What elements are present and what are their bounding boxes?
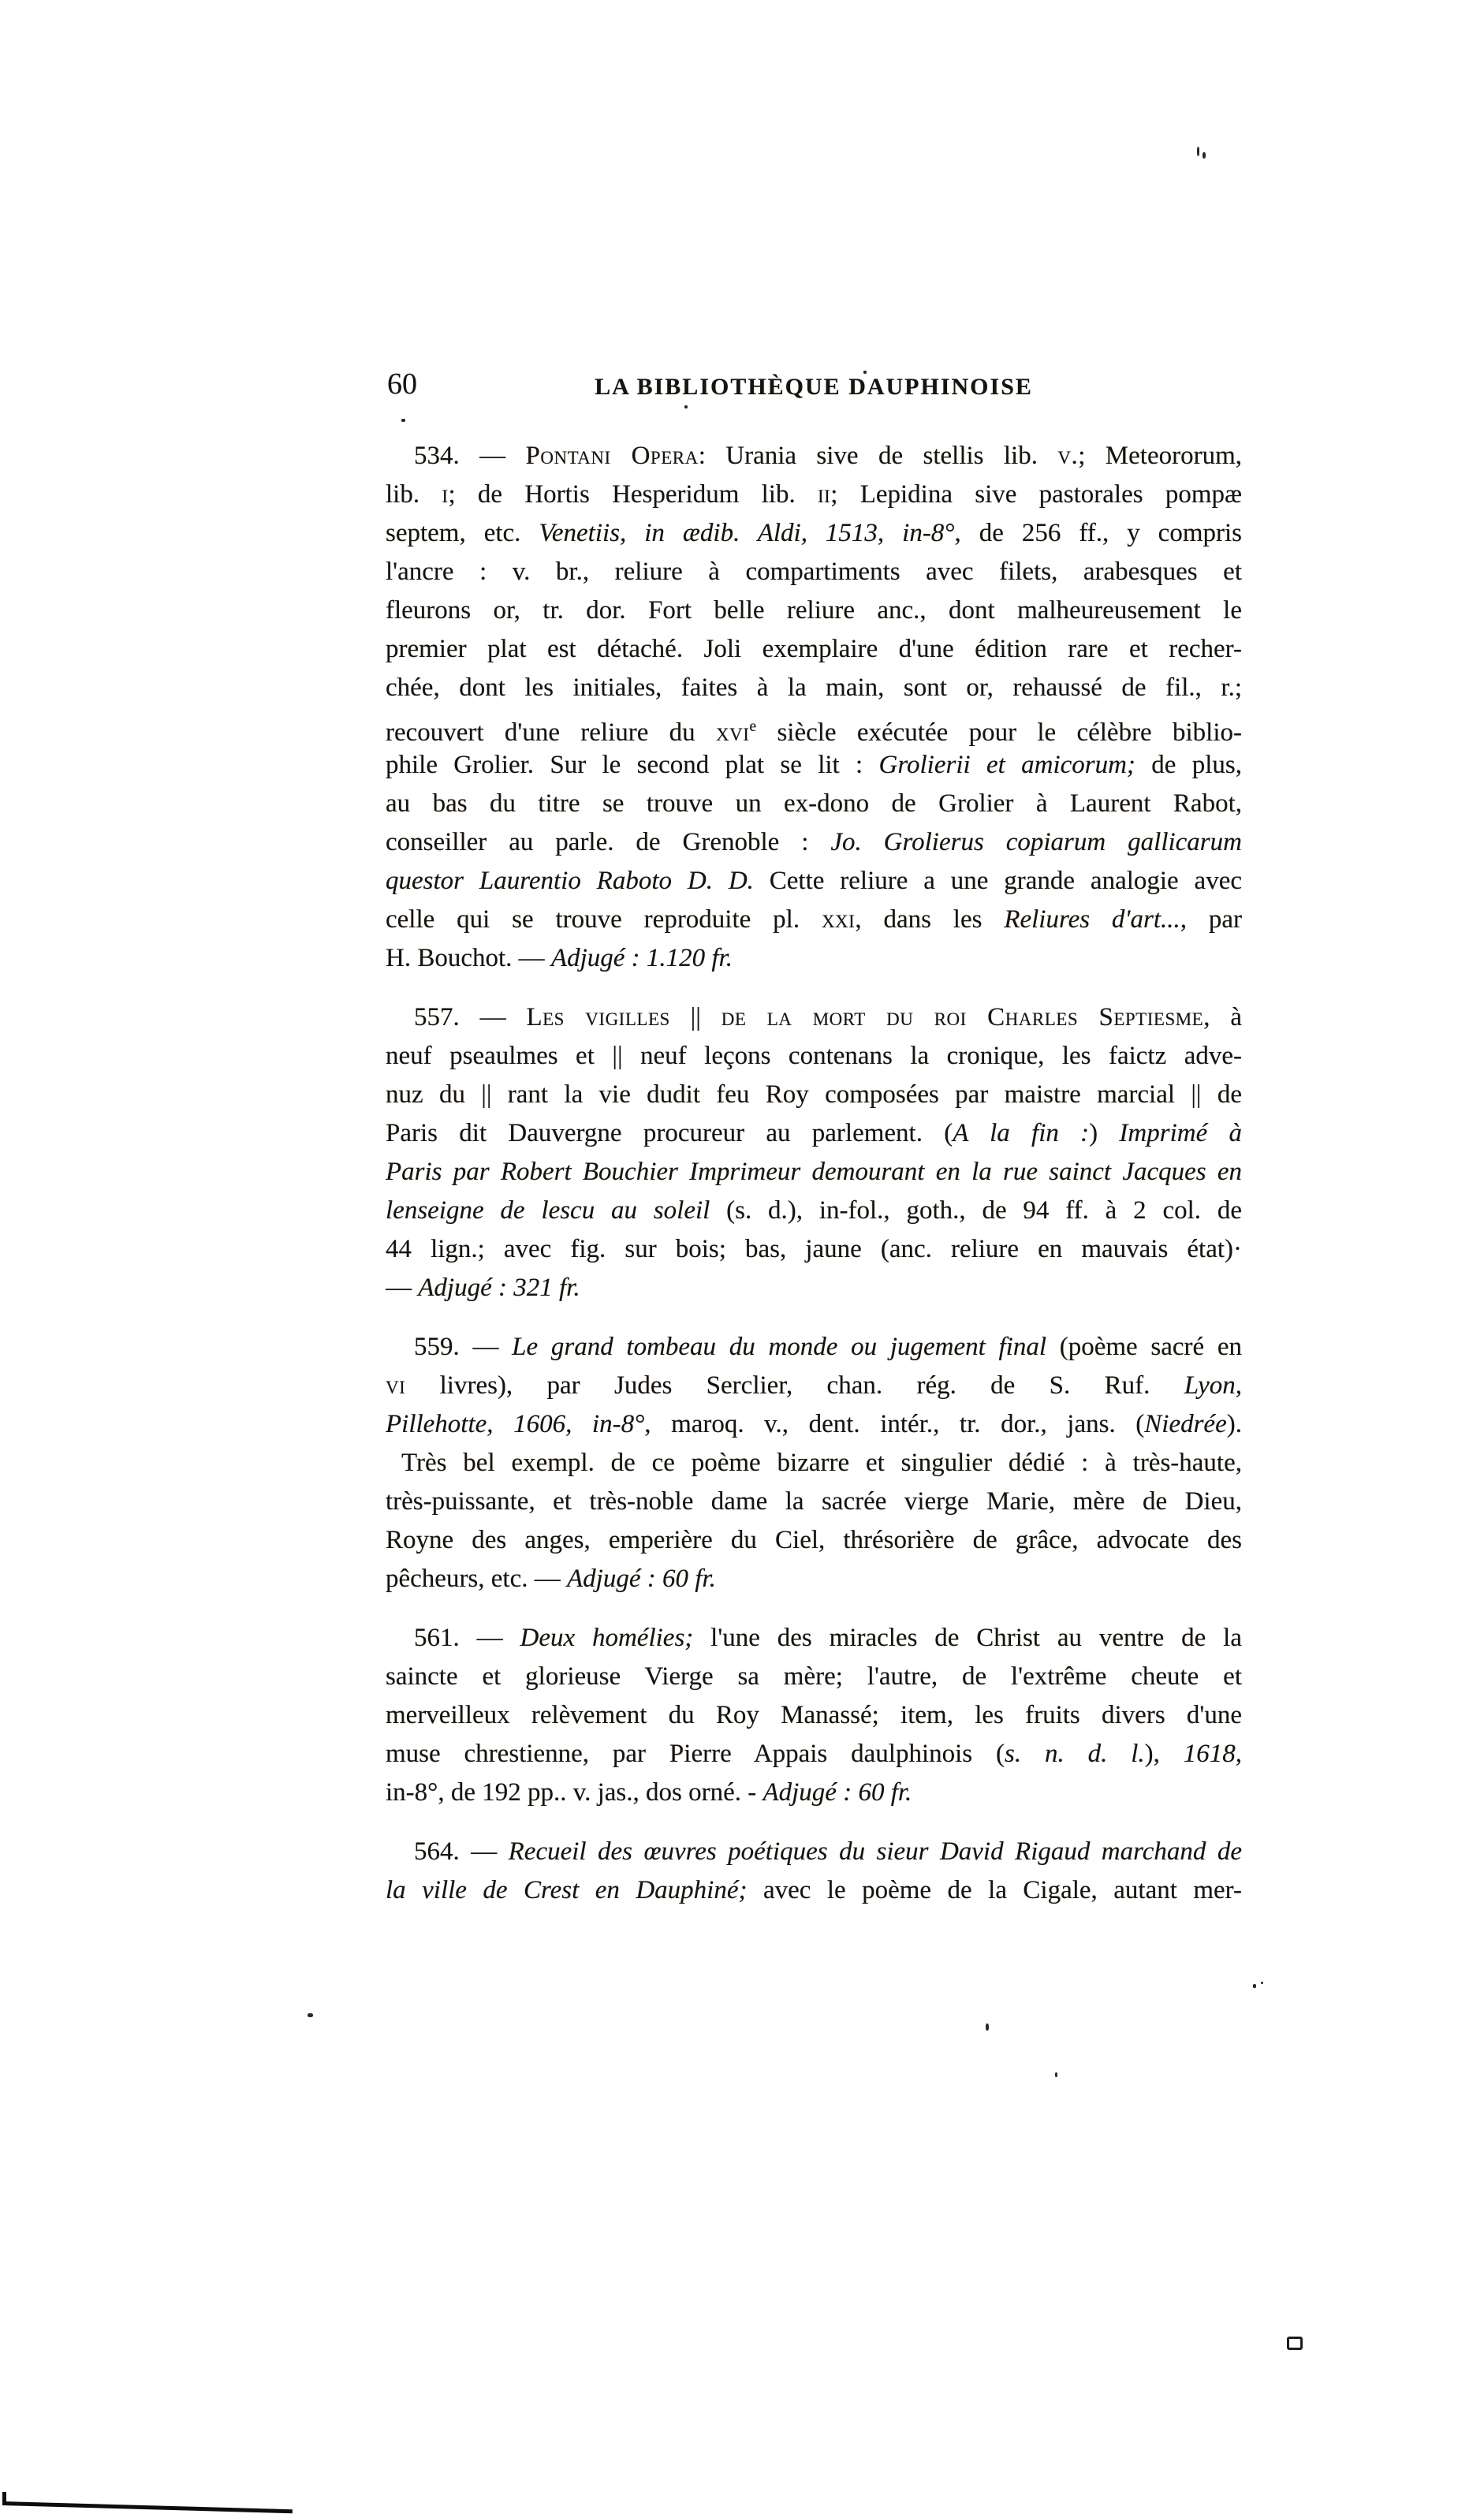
text-run: ) (1089, 1119, 1119, 1147)
text-run: Le grand tombeau du monde ou jugement fi… (512, 1333, 1046, 1361)
text-run: siècle exécutée pour le célèbre biblio- (756, 718, 1242, 746)
text-run: muse chrestienne, par Pierre Appais daul… (386, 1740, 1005, 1768)
text-line: 564. — Recueil des œuvres poétiques du s… (386, 1833, 1242, 1871)
text-run: ; de Hortis Hesperidum lib. (449, 480, 818, 509)
text-run: 534. — (414, 442, 526, 470)
text-run: très-puissante, et très-noble dame la sa… (386, 1487, 1242, 1516)
scanned-page: 60 LA BIBLIOTHÈQUE DAUPHINOISE 534. — Po… (0, 0, 1484, 2514)
text-run: celle qui se trouve reproduite pl. (386, 905, 822, 934)
scan-speck (1261, 1982, 1263, 1984)
text-run: Grolierii et amicorum; (879, 751, 1135, 779)
text-run: e (749, 718, 756, 735)
scan-speck (863, 371, 867, 374)
text-run: 561. — (414, 1624, 520, 1652)
text-line: questor Laurentio Raboto D. D. Cette rel… (386, 862, 1242, 901)
text-run: chée, dont les initiales, faites à la ma… (386, 673, 1242, 702)
text-run: Cette reliure a une grande analogie avec (754, 867, 1242, 895)
text-line: neuf pseaulmes et || neuf leçons contena… (386, 1037, 1242, 1076)
text-line: chée, dont les initiales, faites à la ma… (386, 669, 1242, 707)
text-run: saincte et glorieuse Vierge sa mère; l'a… (386, 1662, 1242, 1691)
text-line: Très bel exempl. de ce poème bizarre et … (386, 1444, 1242, 1483)
running-title: LA BIBLIOTHÈQUE DAUPHINOISE (386, 369, 1242, 405)
text-run: ; Meteororum, (1078, 442, 1242, 470)
text-line: fleurons or, tr. dor. Fort belle reliure… (386, 591, 1242, 630)
text-run: Imprimé à (1119, 1119, 1242, 1147)
text-line: 534. — Pontani Opera: Urania sive de ste… (386, 437, 1242, 476)
scan-speck-ring (1287, 2337, 1303, 2350)
text-run: au bas du titre se trouve un ex-dono de … (386, 789, 1242, 818)
text-run: avec le poème de la Cigale, autant mer- (747, 1876, 1242, 1904)
scan-speck (986, 2024, 989, 2031)
text-run: , maroq. v., dent. intér., tr. dor., jan… (644, 1410, 1144, 1438)
text-line: 561. — Deux homélies; l'une des miracles… (386, 1619, 1242, 1658)
text-run: conseiller au parle. de Grenoble : (386, 828, 830, 856)
text-line: au bas du titre se trouve un ex-dono de … (386, 785, 1242, 823)
text-run: Adjugé : 321 fr. (418, 1274, 580, 1302)
text-run: xxi (822, 905, 855, 934)
page-header: 60 LA BIBLIOTHÈQUE DAUPHINOISE (386, 369, 1242, 405)
text-run: ). (1227, 1410, 1242, 1438)
entry-paragraph: 561. — Deux homélies; l'une des miracles… (386, 1619, 1242, 1812)
text-run: Lyon, (1184, 1371, 1242, 1400)
scan-edge-line (2, 2501, 293, 2513)
text-run: 557. — (414, 1003, 526, 1031)
entry-paragraph: Très bel exempl. de ce poème bizarre et … (386, 1444, 1242, 1598)
text-run: v. (1057, 442, 1078, 470)
text-run: ), (1145, 1740, 1184, 1768)
text-line: Royne des anges, emperière du Ciel, thré… (386, 1521, 1242, 1560)
text-line: Paris par Robert Bouchier Imprimeur demo… (386, 1153, 1242, 1192)
text-run: Royne des anges, emperière du Ciel, thré… (386, 1526, 1242, 1554)
text-run: , dans les (855, 905, 1004, 934)
text-run: Pontani Opera (526, 442, 699, 470)
text-run: Pillehotte, 1606, in-8° (386, 1410, 644, 1438)
text-run: xvi (716, 718, 749, 746)
text-run: i (442, 480, 448, 509)
text-run: premier plat est détaché. Joli exemplair… (386, 635, 1242, 663)
text-run: ii (818, 480, 830, 509)
text-line: nuz du || rant la vie dudit feu Roy comp… (386, 1076, 1242, 1114)
text-run: ; Lepidina sive pastorales pompæ (830, 480, 1242, 509)
catalog-entries: 534. — Pontani Opera: Urania sive de ste… (386, 437, 1242, 1910)
text-line: 557. — Les vigilles || de la mort du roi… (386, 998, 1242, 1037)
text-run: pêcheurs, etc. — (386, 1565, 567, 1593)
text-run: , à (1203, 1003, 1242, 1031)
catalog-entry-534: 534. — Pontani Opera: Urania sive de ste… (386, 437, 1242, 978)
text-run: Les vigilles (526, 1003, 669, 1031)
text-run: vi (386, 1371, 405, 1400)
scan-speck (1202, 152, 1206, 159)
text-line: saincte et glorieuse Vierge sa mère; l'a… (386, 1658, 1242, 1696)
text-run: Adjugé : 60 fr. (763, 1778, 912, 1807)
catalog-entry-557: 557. — Les vigilles || de la mort du roi… (386, 998, 1242, 1307)
text-run: , de 256 ff., y compris (955, 519, 1242, 547)
text-line: recouvert d'une reliure du xvie siècle e… (386, 707, 1242, 746)
text-line: conseiller au parle. de Grenoble : Jo. G… (386, 823, 1242, 862)
text-line: merveilleux relèvement du Roy Manassé; i… (386, 1696, 1242, 1735)
entry-paragraph: 534. — Pontani Opera: Urania sive de ste… (386, 437, 1242, 978)
text-run: Niedrée (1144, 1410, 1226, 1438)
text-run: l'ancre : v. br., reliure à compartiment… (386, 558, 1242, 586)
entry-paragraph: 559. — Le grand tombeau du monde ou juge… (386, 1328, 1242, 1444)
text-run: Jo. Grolierus copiarum gallicarum (830, 828, 1242, 856)
text-run: livres), par Judes Serclier, chan. rég. … (405, 1371, 1184, 1400)
text-run: 1618, (1184, 1740, 1242, 1768)
text-run: Adjugé : 60 fr. (567, 1565, 716, 1593)
catalog-entry-559: 559. — Le grand tombeau du monde ou juge… (386, 1328, 1242, 1598)
scan-speck (308, 2013, 313, 2017)
text-line: in-8°, de 192 pp.. v. jas., dos orné. - … (386, 1774, 1242, 1812)
text-run: lenseigne de lescu au soleil (386, 1196, 710, 1225)
text-run: 44 lign.; avec fig. sur bois; bas, jaune… (386, 1235, 1242, 1263)
text-line: muse chrestienne, par Pierre Appais daul… (386, 1735, 1242, 1774)
text-run: Reliures d'art..., (1004, 905, 1187, 934)
text-run: de plus, (1135, 751, 1242, 779)
text-line: — Adjugé : 321 fr. (386, 1269, 1242, 1307)
scan-speck (1197, 147, 1199, 156)
text-run: : Urania sive de stellis lib. (699, 442, 1058, 470)
text-line: vi livres), par Judes Serclier, chan. ré… (386, 1367, 1242, 1405)
text-run: merveilleux relèvement du Roy Manassé; i… (386, 1701, 1242, 1729)
text-run: de la mort du roi Charles Septiesme (721, 1003, 1204, 1031)
text-run: Paris par Robert Bouchier Imprimeur demo… (386, 1158, 1242, 1186)
text-line: Pillehotte, 1606, in-8°, maroq. v., dent… (386, 1405, 1242, 1444)
text-run: — (386, 1274, 418, 1302)
text-run: || (670, 1003, 721, 1031)
catalog-entry-564: 564. — Recueil des œuvres poétiques du s… (386, 1833, 1242, 1910)
scan-speck (1253, 1984, 1256, 1988)
text-run: la ville de Crest en Dauphiné; (386, 1876, 747, 1904)
scan-edge-line-tick (2, 2492, 6, 2503)
text-run: Deux homélies; (520, 1624, 693, 1652)
text-run: Recueil des œuvres poétiques du sieur Da… (509, 1837, 1242, 1866)
text-line: Paris dit Dauvergne procureur au parleme… (386, 1114, 1242, 1153)
text-run: Très bel exempl. de ce poème bizarre et … (401, 1449, 1242, 1477)
text-line: 559. — Le grand tombeau du monde ou juge… (386, 1328, 1242, 1367)
text-run: Paris dit Dauvergne procureur au parleme… (386, 1119, 953, 1147)
entry-paragraph: 564. — Recueil des œuvres poétiques du s… (386, 1833, 1242, 1910)
text-line: H. Bouchot. — Adjugé : 1.120 fr. (386, 939, 1242, 978)
text-run: par (1187, 905, 1242, 934)
catalog-entry-561: 561. — Deux homélies; l'une des miracles… (386, 1619, 1242, 1812)
text-run: fleurons or, tr. dor. Fort belle reliure… (386, 596, 1242, 625)
text-line: l'ancre : v. br., reliure à compartiment… (386, 553, 1242, 591)
entry-paragraph: 557. — Les vigilles || de la mort du roi… (386, 998, 1242, 1307)
text-block: 60 LA BIBLIOTHÈQUE DAUPHINOISE 534. — Po… (386, 369, 1242, 1910)
text-run: questor Laurentio Raboto D. D. (386, 867, 754, 895)
text-run: Adjugé : 1.120 fr. (551, 944, 733, 972)
text-run: H. Bouchot. — (386, 944, 551, 972)
text-line: 44 lign.; avec fig. sur bois; bas, jaune… (386, 1230, 1242, 1269)
text-line: celle qui se trouve reproduite pl. xxi, … (386, 901, 1242, 939)
text-line: la ville de Crest en Dauphiné; avec le p… (386, 1871, 1242, 1910)
text-line: premier plat est détaché. Joli exemplair… (386, 630, 1242, 669)
text-run: septem, etc. (386, 519, 539, 547)
text-run: l'une des miracles de Christ au ventre d… (693, 1624, 1242, 1652)
text-run: nuz du || rant la vie dudit feu Roy comp… (386, 1080, 1242, 1109)
scan-speck (1055, 2072, 1057, 2077)
text-line: septem, etc. Venetiis, in ædib. Aldi, 15… (386, 514, 1242, 553)
text-run: Venetiis, in ædib. Aldi, 1513, in-8° (539, 519, 954, 547)
text-run: lib. (386, 480, 442, 509)
text-run: 559. — (414, 1333, 512, 1361)
text-line: lib. i; de Hortis Hesperidum lib. ii; Le… (386, 476, 1242, 514)
text-run: recouvert d'une reliure du (386, 718, 716, 746)
text-line: phile Grolier. Sur le second plat se lit… (386, 746, 1242, 785)
text-run: 564. — (414, 1837, 509, 1866)
text-run: s. n. d. l. (1005, 1740, 1145, 1768)
text-run: (s. d.), in-fol., goth., de 94 ff. à 2 c… (710, 1196, 1242, 1225)
text-run: A la fin : (953, 1119, 1089, 1147)
scan-speck (684, 405, 688, 408)
text-run: in-8°, de 192 pp.. v. jas., dos orné. - (386, 1778, 763, 1807)
text-line: très-puissante, et très-noble dame la sa… (386, 1483, 1242, 1521)
text-line: lenseigne de lescu au soleil (s. d.), in… (386, 1192, 1242, 1230)
text-run: neuf pseaulmes et || neuf leçons contena… (386, 1042, 1242, 1070)
text-run: (poème sacré en (1046, 1333, 1242, 1361)
text-line: pêcheurs, etc. — Adjugé : 60 fr. (386, 1560, 1242, 1598)
text-run: phile Grolier. Sur le second plat se lit… (386, 751, 879, 779)
scan-speck (401, 419, 405, 422)
